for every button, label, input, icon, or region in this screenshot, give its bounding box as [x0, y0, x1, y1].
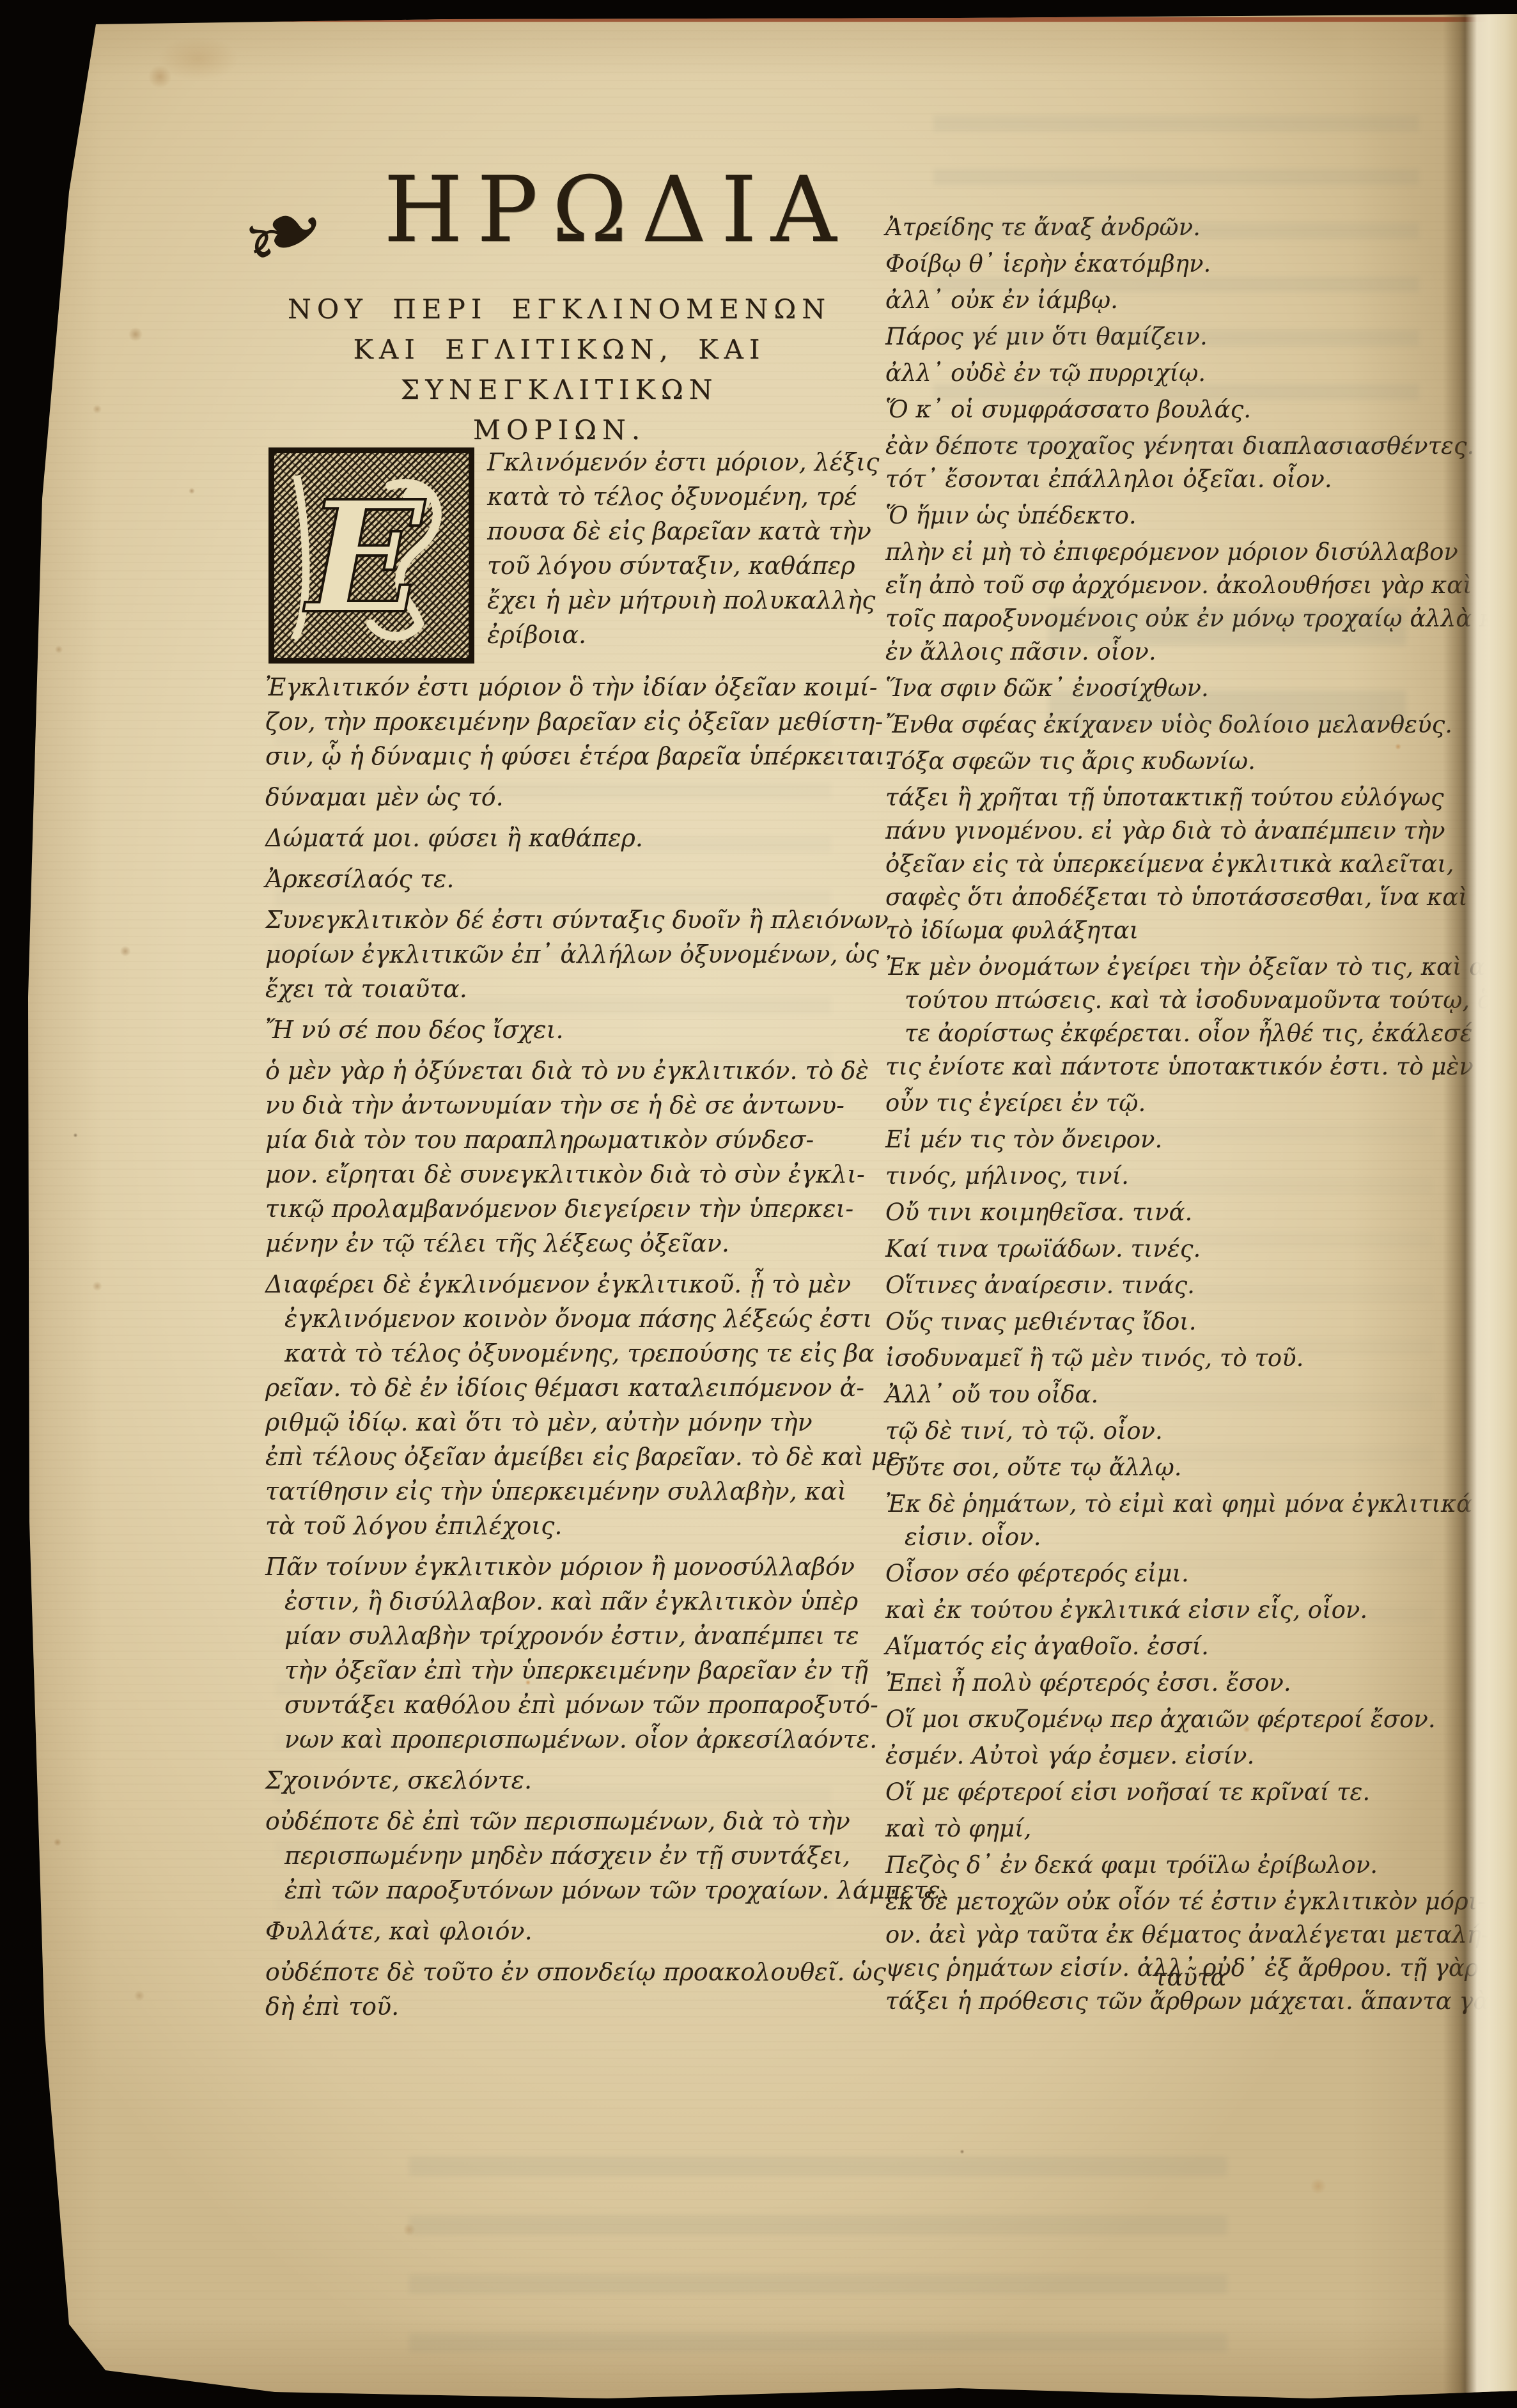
- text-line: Σχοινόντε, σκελόντε.: [265, 1763, 863, 1798]
- text-line: τε ἀορίστως ἐκφέρεται. οἷον ἦλθέ τις, ἐκ…: [885, 1017, 1483, 1050]
- text-line: ΚΑΙ ΕΓΛΙΤΙΚΩΝ, ΚΑΙ: [256, 329, 863, 369]
- text-line: Οὔ τινι κοιμηθεῖσα. τινά.: [885, 1196, 1483, 1229]
- text-line: νων καὶ προπερισπωμένων. οἷον ἀρκεσίλαόν…: [265, 1722, 863, 1757]
- text-line: εἴη ἀπὸ τοῦ σφ ἀρχόμενον. ἀκολουθήσει γὰ…: [885, 569, 1483, 602]
- text-line: πάνυ γινομένου. εἰ γὰρ διὰ τὸ ἀναπέμπειν…: [885, 814, 1483, 848]
- text-line: Ἤ νύ σέ που δέος ἴσχει.: [265, 1013, 863, 1047]
- text-line: ἐσμέν. Αὐτοὶ γάρ ἐσμεν. εἰσίν.: [885, 1739, 1483, 1773]
- catchword: ταῦτα: [885, 1961, 1483, 1994]
- text-line: ἀλλ᾽ οὐκ ἐν ἰάμβῳ.: [885, 284, 1483, 317]
- text-line: δύναμαι μὲν ὡς τό.: [265, 780, 863, 814]
- text-line: Οἷσον σέο φέρτερός εἰμι.: [885, 1557, 1483, 1590]
- text-line: Δώματά μοι. φύσει ἢ καθάπερ.: [265, 821, 863, 855]
- text-line: εἰσιν. οἷον.: [885, 1521, 1483, 1554]
- text-line: ἰσοδυναμεῖ ἢ τῷ μὲν τινός, τὸ τοῦ.: [885, 1342, 1483, 1375]
- text-line: μία διὰ τὸν του παραπληρωματικὸν σύνδεσ-: [265, 1122, 863, 1157]
- text-line: σιν, ᾧ ἡ δύναμις ἡ φύσει ἑτέρα βαρεῖα ὑπ…: [265, 739, 863, 773]
- text-line: οὐδέποτε δὲ ἐπὶ τῶν περισπωμένων, διὰ τὸ…: [265, 1804, 863, 1838]
- text-line: Διαφέρει δὲ ἐγκλινόμενον ἐγκλιτικοῦ. ᾗ τ…: [265, 1267, 863, 1301]
- text-line: ἐκ δὲ μετοχῶν οὐκ οἷόν τέ ἐστιν ἐγκλιτικ…: [885, 1885, 1483, 1918]
- book-page: ❧ ΗΡΩΔΙΑ ΝΟΥ ΠΕΡΙ ΕΓΚΛΙΝΟΜΕΝΩΝΚΑΙ ΕΓΛΙΤΙ…: [0, 0, 1517, 2408]
- title-block: ❧ ΗΡΩΔΙΑ: [251, 159, 864, 286]
- text-line: Συνεγκλιτικὸν δέ ἐστι σύνταξις δυοῖν ἢ π…: [265, 903, 863, 937]
- intro-paragraph: E Γκλινόμενόν ἐστι μόριον, λέξιςκατὰ τὸ …: [268, 445, 863, 664]
- text-line: ΜΟΡΙΩΝ.: [256, 410, 863, 450]
- text-line: ΝΟΥ ΠΕΡΙ ΕΓΚΛΙΝΟΜΕΝΩΝ: [256, 289, 863, 329]
- text-line: Ὅ κ᾽ οἱ συμφράσσατο βουλάς.: [885, 393, 1483, 426]
- aldus-leaf-ornament-icon: ❧: [227, 176, 341, 291]
- woodcut-initial-e: E: [268, 447, 474, 664]
- verso-bleedthrough: [409, 2122, 1227, 2352]
- text-line: Ὅ ἥμιν ὡς ὑπέδεκτο.: [885, 499, 1483, 532]
- text-line: τις ἐνίοτε καὶ πάντοτε ὑποτακτικόν ἐστι.…: [885, 1050, 1483, 1084]
- text-line: μένην ἐν τῷ τέλει τῆς λέξεως ὀξεῖαν.: [265, 1226, 863, 1261]
- text-line: ἐὰν δέποτε τροχαῖος γένηται διαπλασιασθέ…: [885, 430, 1483, 463]
- text-line: ον. ἀεὶ γὰρ ταῦτα ἐκ θέματος ἀναλέγεται …: [885, 1918, 1483, 1952]
- text-line: δὴ ἐπὶ τοῦ.: [265, 1989, 863, 2024]
- text-line: τὸ ἰδίωμα φυλάξηται: [885, 914, 1483, 947]
- text-line: Ἐκ μὲν ὀνομάτων ἐγείρει τὴν ὀξεῖαν τὸ τι…: [885, 951, 1483, 984]
- text-line: Ἀτρείδης τε ἄναξ ἀνδρῶν.: [885, 211, 1483, 244]
- text-line: τῷ δὲ τινί, τὸ τῷ. οἷον.: [885, 1415, 1483, 1448]
- page-title: ΗΡΩΔΙΑ: [384, 156, 850, 265]
- text-line: Ἀλλ᾽ οὔ του οἶδα.: [885, 1378, 1483, 1411]
- text-line: τὴν ὀξεῖαν ἐπὶ τὴν ὑπερκειμένην βαρεῖαν …: [265, 1653, 863, 1688]
- text-line: μον. εἴρηται δὲ συνεγκλιτικὸν διὰ τὸ σὺν…: [265, 1157, 863, 1192]
- text-line: Αἵματός εἰς ἀγαθοῖο. ἐσσί.: [885, 1630, 1483, 1663]
- text-line: τάξει ἢ χρῆται τῇ ὑποτακτικῇ τούτου εὐλό…: [885, 781, 1483, 814]
- text-line: καὶ ἐκ τούτου ἐγκλιτικά εἰσιν εἷς, οἷον.: [885, 1594, 1483, 1627]
- text-line: ἐστιν, ἢ δισύλλαβον. καὶ πᾶν ἐγκλιτικὸν …: [265, 1584, 863, 1619]
- text-line: ἐπὶ τέλους ὀξεῖαν ἀμείβει εἰς βαρεῖαν. τ…: [265, 1440, 863, 1474]
- text-line: Οὕς τινας μεθιέντας ἴδοι.: [885, 1305, 1483, 1339]
- text-line: ἔχει τὰ τοιαῦτα.: [265, 972, 863, 1006]
- text-line: Φοίβῳ θ᾽ ἱερὴν ἑκατόμβην.: [885, 247, 1483, 281]
- text-line: ἐγκλινόμενον κοινὸν ὄνομα πάσης λέξεώς ἐ…: [265, 1301, 863, 1336]
- text-line: ριθμῷ ἰδίῳ. καὶ ὅτι τὸ μὲν, αὐτὴν μόνην …: [265, 1405, 863, 1440]
- text-line: περισπωμένην μηδὲν πάσχειν ἐν τῇ συντάξε…: [265, 1838, 863, 1873]
- text-line: ρεῖαν. τὸ δὲ ἐν ἰδίοις θέμασι καταλειπόμ…: [265, 1371, 863, 1405]
- text-line: Πάρος γέ μιν ὅτι θαμίζειν.: [885, 320, 1483, 353]
- text-line: Ἐγκλιτικόν ἐστι μόριον ὃ τὴν ἰδίαν ὀξεῖα…: [265, 670, 863, 704]
- text-line: τότ᾽ ἔσονται ἐπάλληλοι ὀξεῖαι. οἷον.: [885, 463, 1483, 496]
- text-line: τινός, μήλινος, τινί.: [885, 1160, 1483, 1193]
- book-photo: ❧ ΗΡΩΔΙΑ ΝΟΥ ΠΕΡΙ ΕΓΚΛΙΝΟΜΕΝΩΝΚΑΙ ΕΓΛΙΤΙ…: [0, 0, 1517, 2408]
- text-line: κατὰ τὸ τέλος ὀξυνομένης, τρεπούσης τε ε…: [265, 1336, 863, 1371]
- text-line: ἐπὶ τῶν παροξυτόνων μόνων τῶν τροχαίων. …: [265, 1873, 863, 1907]
- text-line: Τόξα σφεῶν τις ἄρις κυδωνίω.: [885, 745, 1483, 778]
- text-line: σαφὲς ὅτι ἀποδέξεται τὸ ὑποτάσσεσθαι, ἵν…: [885, 881, 1483, 914]
- text-line: ἀλλ᾽ οὐδὲ ἐν τῷ πυρριχίῳ.: [885, 357, 1483, 390]
- text-line: Φυλλάτε, καὶ φλοιόν.: [265, 1914, 863, 1948]
- text-line: Πᾶν τοίνυν ἐγκλιτικὸν μόριον ἢ μονοσύλλα…: [265, 1550, 863, 1584]
- text-line: Ἔνθα σφέας ἐκίχανεν υἱὸς δολίοιο μελανθε…: [885, 708, 1483, 742]
- text-line: Ἵνα σφιν δῶκ᾽ ἐνοσίχθων.: [885, 672, 1483, 705]
- text-line: τούτου πτώσεις. καὶ τὰ ἰσοδυναμοῦντα τού…: [885, 984, 1483, 1017]
- page-subtitle: ΝΟΥ ΠΕΡΙ ΕΓΚΛΙΝΟΜΕΝΩΝΚΑΙ ΕΓΛΙΤΙΚΩΝ, ΚΑΙΣ…: [256, 289, 863, 450]
- left-column: Ἐγκλιτικόν ἐστι μόριον ὃ τὴν ἰδίαν ὀξεῖα…: [265, 670, 863, 2024]
- text-line: οὐδέποτε δὲ τοῦτο ἐν σπονδείῳ προακολουθ…: [265, 1955, 863, 1989]
- text-line: τατίθησιν εἰς τὴν ὑπερκειμένην συλλαβὴν,…: [265, 1474, 863, 1509]
- text-line: Ἀρκεσίλαός τε.: [265, 862, 863, 896]
- text-line: Εἰ μέν τις τὸν ὄνειρον.: [885, 1123, 1483, 1156]
- text-line: Καί τινα τρωϊάδων. τινές.: [885, 1232, 1483, 1266]
- text-line: Οἵ μοι σκυζομένῳ περ ἀχαιῶν φέρτεροί ἔσο…: [885, 1703, 1483, 1736]
- svg-text:E: E: [303, 467, 426, 648]
- text-line: τοῖς παροξυνομένοις οὐκ ἐν μόνῳ τροχαίῳ …: [885, 602, 1483, 635]
- right-column: Ἀτρείδης τε ἄναξ ἀνδρῶν.Φοίβῳ θ᾽ ἱερὴν ἑ…: [885, 211, 1483, 2018]
- text-line: τικῷ προλαμβανόμενον διεγείρειν τὴν ὑπερ…: [265, 1192, 863, 1226]
- text-line: Ἐπεὶ ἦ πολὺ φέρτερός ἐσσι. ἔσον.: [885, 1666, 1483, 1700]
- text-line: πλὴν εἰ μὴ τὸ ἐπιφερόμενον μόριον δισύλλ…: [885, 536, 1483, 569]
- catchword-row: ταῦτα: [885, 1955, 1483, 1994]
- text-line: ὀξεῖαν εἰς τὰ ὑπερκείμενα ἐγκλιτικὰ καλε…: [885, 848, 1483, 881]
- text-line: ΣΥΝΕΓΚΛΙΤΙΚΩΝ: [256, 369, 863, 410]
- text-line: Οὔτε σοι, οὔτε τῳ ἄλλῳ.: [885, 1451, 1483, 1484]
- text-line: νυ διὰ τὴν ἀντωνυμίαν τὴν σε ἡ δὲ σε ἀντ…: [265, 1088, 863, 1122]
- text-line: μίαν συλλαβὴν τρίχρονόν ἐστιν, ἀναπέμπει…: [265, 1619, 863, 1653]
- page-gutter-fold: [1443, 14, 1517, 2398]
- text-line: συντάξει καθόλου ἐπὶ μόνων τῶν προπαροξυ…: [265, 1688, 863, 1722]
- text-line: Πεζὸς δ᾽ ἐν δεκά φαμι τρόϊλω ἐρίβωλον.: [885, 1849, 1483, 1882]
- text-line: ὁ μὲν γὰρ ἡ ὀξύνεται διὰ τὸ νυ ἐγκλιτικό…: [265, 1053, 863, 1088]
- text-line: καὶ τὸ φημί,: [885, 1812, 1483, 1845]
- text-line: Οἵτινες ἀναίρεσιν. τινάς.: [885, 1269, 1483, 1302]
- page-top-edge-tint: [217, 17, 1517, 22]
- text-line: τὰ τοῦ λόγου ἐπιλέχοις.: [265, 1509, 863, 1543]
- text-line: ἐν ἄλλοις πᾶσιν. οἷον.: [885, 635, 1483, 669]
- text-line: Ἐκ δὲ ῥημάτων, τὸ εἰμὶ καὶ φημὶ μόνα ἐγκ…: [885, 1488, 1483, 1521]
- text-line: μορίων ἐγκλιτικῶν ἐπ᾽ ἀλλήλων ὀξυνομένων…: [265, 937, 863, 972]
- text-line: οὖν τις ἐγείρει ἐν τῷ.: [885, 1087, 1483, 1120]
- text-line: Οἵ με φέρτεροί εἰσι νοῆσαί τε κρῖναί τε.: [885, 1776, 1483, 1809]
- text-line: ζον, τὴν προκειμένην βαρεῖαν εἰς ὀξεῖαν …: [265, 704, 863, 739]
